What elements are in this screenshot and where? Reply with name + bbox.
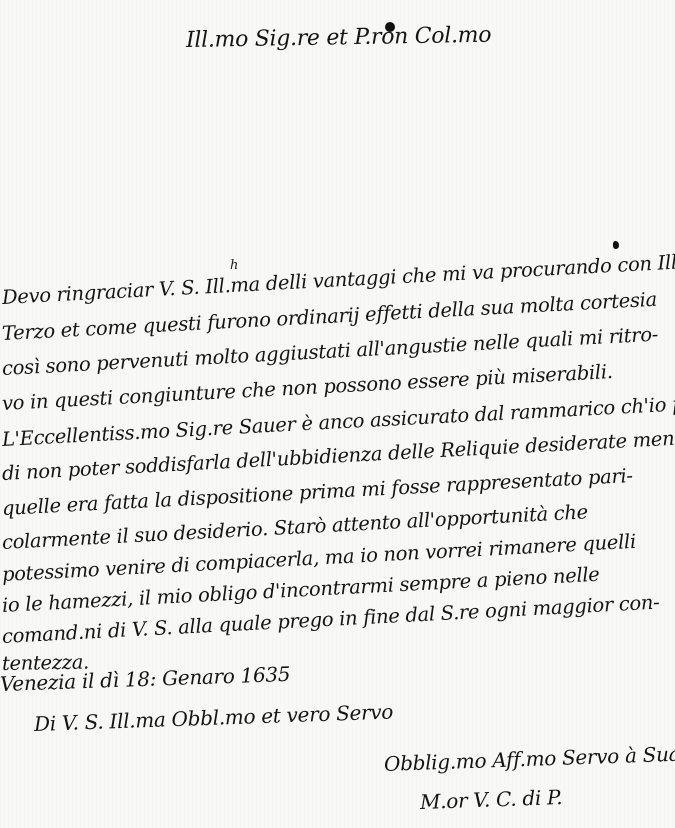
closing-right-line-2: M.or V. C. di P.	[420, 785, 563, 814]
interlinear-mark: h	[230, 258, 238, 273]
ink-blot-heading	[385, 22, 395, 32]
salutation-heading: Ill.mo Sig.re et P.ron Col.mo	[186, 23, 492, 53]
closing-left: Di V. S. Ill.ma Obbl.mo et vero Servo	[34, 699, 394, 736]
closing-right-line-1: Obblig.mo Aff.mo Servo à Sua sempre	[384, 739, 675, 776]
letter-page: Ill.mo Sig.re et P.ron Col.mo h Devo rin…	[0, 0, 675, 828]
ink-blot-margin	[613, 241, 619, 249]
